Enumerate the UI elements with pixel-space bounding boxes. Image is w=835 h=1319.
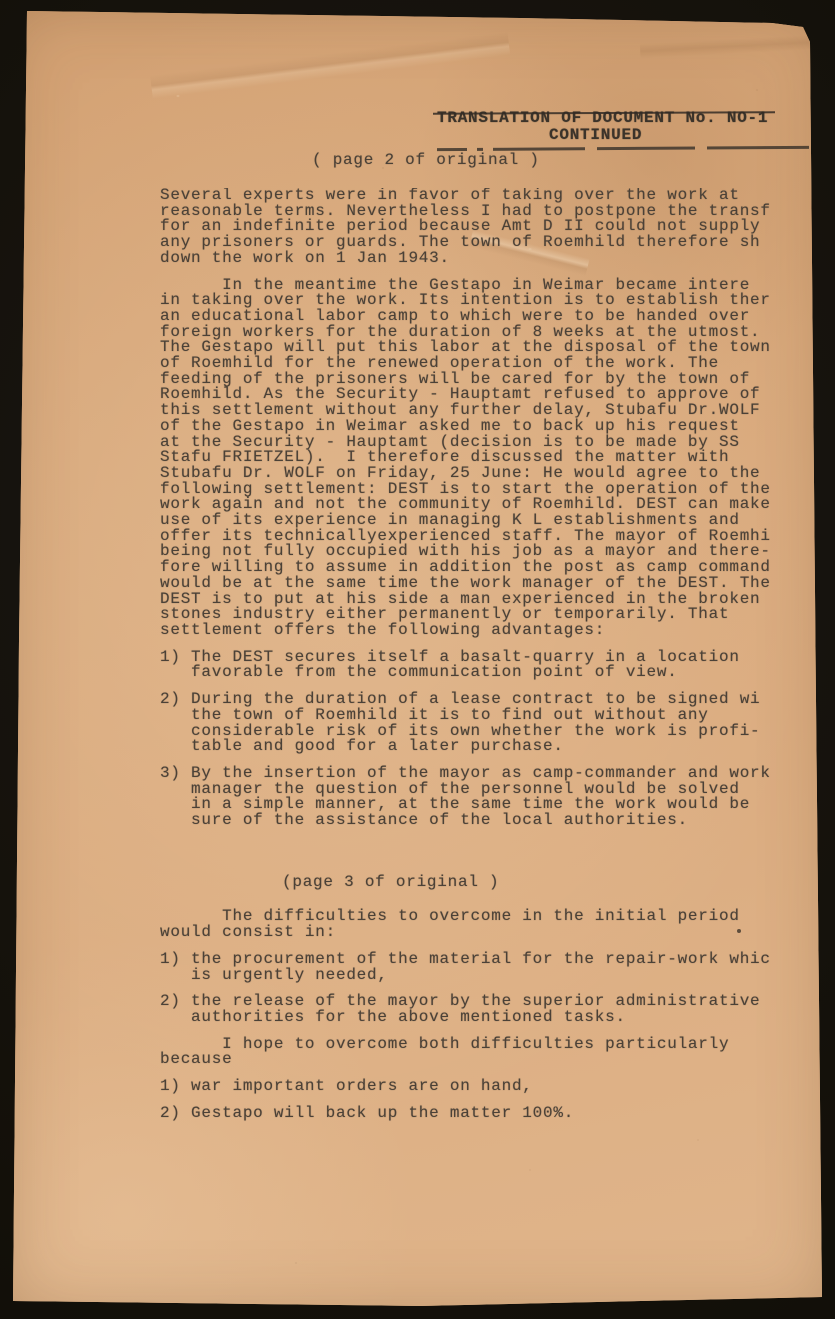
text-line: settlement offers the following advantag… xyxy=(160,623,819,639)
paper-crease xyxy=(148,16,512,111)
paragraph: I hope to overcome both difficulties par… xyxy=(160,1037,819,1068)
text-line: sure of the assistance of the local auth… xyxy=(160,813,819,829)
numbered-item: 1) the procurement of the material for t… xyxy=(160,952,819,983)
page-2-heading: ( page 2 of original ) xyxy=(312,153,540,169)
page-heading: (page 3 of original ) xyxy=(282,875,819,891)
text-line: is urgently needed, xyxy=(160,968,819,984)
continued-label: CONTINUED xyxy=(549,128,812,144)
paper-crease xyxy=(639,25,820,64)
paragraph: In the meantime the Gestapo in Weimar be… xyxy=(160,278,819,639)
numbered-item: 1) war important orders are on hand, xyxy=(160,1079,819,1095)
text-line: 2) Gestapo will back up the matter 100%. xyxy=(160,1106,819,1122)
document-page: TRANSLATION OF DOCUMENT No. NO-1 CONTINU… xyxy=(0,0,835,1319)
numbered-item: 2) Gestapo will back up the matter 100%. xyxy=(160,1106,819,1122)
numbered-item: 2) During the duration of a lease contra… xyxy=(160,692,819,755)
text-line: because xyxy=(160,1052,819,1068)
numbered-item: 3) By the insertion of the mayor as camp… xyxy=(160,766,819,829)
document-body: Several experts were in favor of taking … xyxy=(160,188,819,1132)
text-line: (page 3 of original ) xyxy=(282,875,819,891)
text-line: authorities for the above mentioned task… xyxy=(160,1010,819,1026)
text-line: down the work on 1 Jan 1943. xyxy=(160,251,819,267)
paragraph: The difficulties to overcome in the init… xyxy=(160,909,819,940)
numbered-item: 1) The DEST secures itself a basalt-quar… xyxy=(160,650,819,681)
ink-dot xyxy=(737,929,741,933)
text-line: would consist in: xyxy=(160,925,819,941)
numbered-item: 2) the release of the mayor by the super… xyxy=(160,994,819,1025)
text-line: favorable from the communication point o… xyxy=(160,665,819,681)
text-line: 1) war important orders are on hand, xyxy=(160,1079,819,1095)
document-title-row: TRANSLATION OF DOCUMENT No. NO-1 xyxy=(437,109,812,127)
scan-background: { "colors": { "paper": "#d8a87b", "ink":… xyxy=(0,0,835,1319)
document-header: TRANSLATION OF DOCUMENT No. NO-1 CONTINU… xyxy=(437,109,812,150)
paragraph: Several experts were in favor of taking … xyxy=(160,188,819,267)
text-line: table and good for a later purchase. xyxy=(160,739,819,755)
text-line: I hope to overcome both difficulties par… xyxy=(160,1037,819,1053)
